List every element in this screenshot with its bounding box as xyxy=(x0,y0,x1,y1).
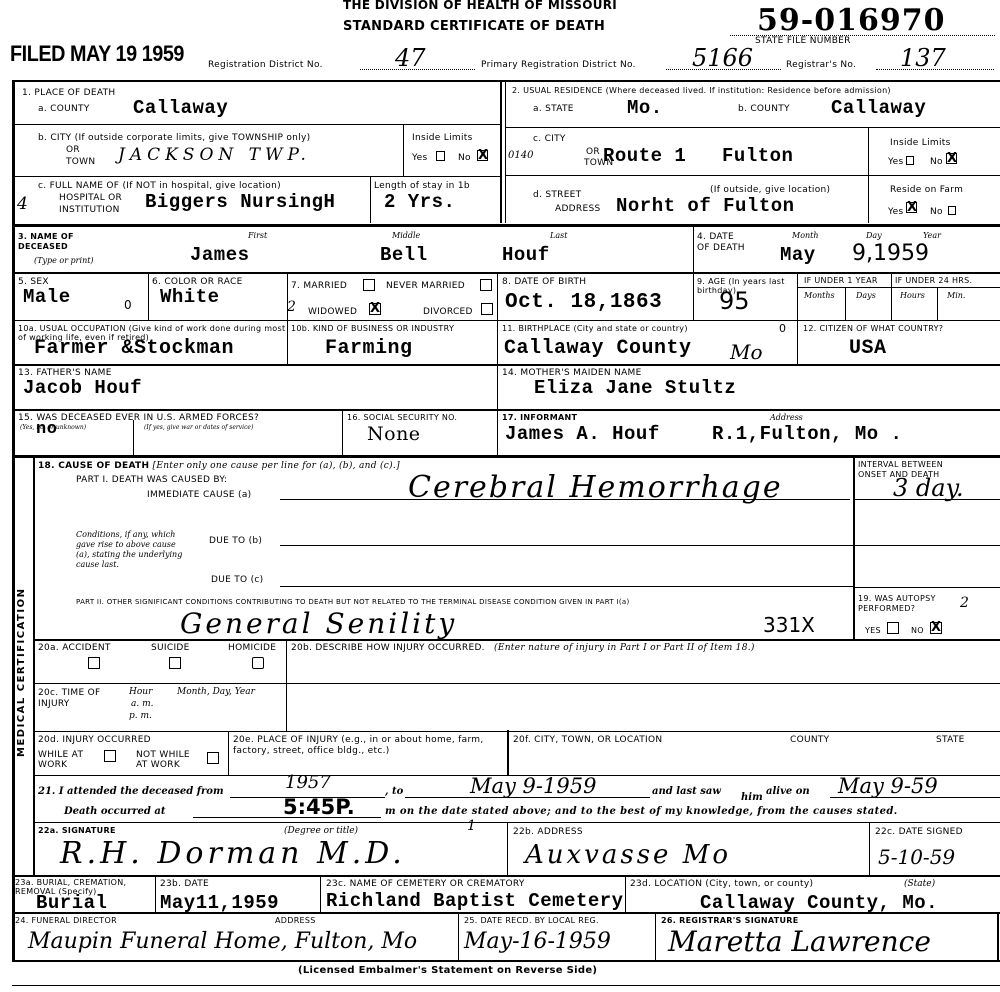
interval-value: 3 day. xyxy=(893,474,964,502)
attended-from-value: 1957 xyxy=(285,772,331,793)
burial-value: Burial xyxy=(36,892,107,914)
location-label: 23d. LOCATION (City, town, or county) xyxy=(630,879,813,889)
primary-district-value: 5166 xyxy=(692,44,753,72)
while-work-checkbox[interactable] xyxy=(104,750,116,762)
rule xyxy=(655,912,656,960)
rule xyxy=(507,730,509,775)
months-label: Months xyxy=(804,291,835,300)
res-state-value: Mo. xyxy=(627,97,663,119)
widowed-label: WIDOWED xyxy=(308,307,357,317)
birthplace-state: Mo xyxy=(730,340,763,364)
autopsy-no-checkbox[interactable] xyxy=(930,622,942,634)
rule xyxy=(997,912,999,960)
registrar-no-value: 137 xyxy=(900,44,946,72)
injury-occurred-label: 20d. INJURY OCCURRED xyxy=(38,735,151,745)
rule xyxy=(403,124,404,176)
hospital-label-3: INSTITUTION xyxy=(59,205,120,215)
citizen-value: USA xyxy=(849,337,887,360)
rule xyxy=(497,272,498,320)
primary-district-label: Primary Registration District No. xyxy=(481,60,636,70)
rule xyxy=(625,875,626,912)
frame-left xyxy=(12,80,15,960)
citizen-label: 12. CITIZEN OF WHAT COUNTRY? xyxy=(803,324,943,334)
rule xyxy=(287,320,288,364)
date-signed-label: 22c. DATE SIGNED xyxy=(875,827,963,837)
cemetery-label: 23c. NAME OF CEMETERY OR CREMATORY xyxy=(326,879,525,889)
place-margin-code: 4 xyxy=(17,194,28,214)
injury-county-label: COUNTY xyxy=(790,735,829,745)
place-injury-label: 20e. PLACE OF INJURY (e.g., in or about … xyxy=(233,735,503,757)
state-file-number: 59-016970 xyxy=(757,3,945,38)
never-married-label: NEVER MARRIED xyxy=(386,281,465,291)
industry-value: Farming xyxy=(325,337,413,360)
rule xyxy=(286,639,287,731)
injury-desc-label: 20b. DESCRIBE HOW INJURY OCCURRED. xyxy=(291,643,485,653)
registrar-no-label: Registrar's No. xyxy=(786,60,856,70)
farm-no: No xyxy=(930,207,943,217)
date-received-value: May-16-1959 xyxy=(464,929,611,954)
rule xyxy=(12,912,1000,914)
dob-label: 8. DATE OF BIRTH xyxy=(502,277,586,287)
attended-label: 21. I attended the deceased from xyxy=(38,786,224,797)
last-name: Houf xyxy=(502,244,550,266)
him-label: him xyxy=(741,792,763,803)
res-city-or: OR xyxy=(586,147,600,157)
cemetery-value: Richland Baptist Cemetery xyxy=(326,890,624,912)
res-inside-limits-label: Inside Limits xyxy=(890,138,951,148)
location-state-label: (State) xyxy=(904,879,935,889)
rule xyxy=(12,875,1000,877)
autopsy-label: 19. WAS AUTOPSY PERFORMED? xyxy=(858,594,948,614)
divorced-label: DIVORCED xyxy=(423,307,473,317)
never-married-checkbox[interactable] xyxy=(480,279,492,291)
occurred-at-label: Death occurred at xyxy=(64,806,165,817)
res-margin-code: 0140 xyxy=(508,150,533,161)
cause-hint: [Enter only one cause per line for (a), … xyxy=(153,461,400,471)
due-to-c-line xyxy=(280,586,853,587)
dod-label: 4. DATE OF DEATH xyxy=(697,232,747,254)
medical-side-rule xyxy=(33,455,35,875)
rule xyxy=(228,731,229,775)
injury-describe-label: 20b. DESCRIBE HOW INJURY OCCURRED. (Ente… xyxy=(291,643,755,653)
rule xyxy=(155,875,156,912)
inside-limits-no-checkbox[interactable] xyxy=(477,150,488,161)
immediate-cause-value: Cerebral Hemorrhage xyxy=(408,470,783,505)
res-state-label: a. STATE xyxy=(533,104,574,114)
city-label: b. CITY (If outside corporate limits, gi… xyxy=(38,133,310,143)
divorced-checkbox[interactable] xyxy=(481,303,493,315)
armed-hint-2: (If yes, give war or dates of service) xyxy=(144,424,253,431)
rule xyxy=(937,287,938,320)
place-city-value: JACKSON TWP. xyxy=(118,145,311,165)
rule xyxy=(869,822,870,875)
rule xyxy=(12,320,1000,321)
married-label: 7. MARRIED xyxy=(291,281,347,291)
while-work-label: WHILE AT WORK xyxy=(38,750,98,770)
rule xyxy=(33,731,1000,732)
res-county-value: Callaway xyxy=(831,97,926,119)
state-file-number-label: STATE FILE NUMBER xyxy=(755,36,851,46)
to-label: , to xyxy=(385,786,403,797)
last-saw-value: May 9-59 xyxy=(838,774,938,798)
rule xyxy=(12,124,500,125)
rule xyxy=(505,175,1000,176)
rule xyxy=(12,409,1000,411)
marital-code: 2 xyxy=(287,299,296,315)
res-inside-no-checkbox[interactable] xyxy=(946,153,957,164)
hours-label: Hours xyxy=(900,291,925,300)
rule xyxy=(797,320,798,364)
res-inside-yes: Yes xyxy=(888,157,903,167)
rule xyxy=(497,364,498,409)
informant-value: James A. Houf xyxy=(505,423,660,445)
homicide-checkbox[interactable] xyxy=(252,657,264,669)
res-street-value: Norht of Fulton xyxy=(616,195,795,217)
injury-desc-hint: (Enter nature of injury in Part I or Par… xyxy=(494,643,755,653)
registration-district-value: 47 xyxy=(395,44,426,72)
rule xyxy=(320,875,321,912)
rule xyxy=(133,420,134,455)
conditions-hint: Conditions, if any, which gave rise to a… xyxy=(76,530,186,570)
frame-top xyxy=(12,80,1000,82)
hospital-value: Biggers NursingH xyxy=(145,191,335,213)
part2-label: PART II. OTHER SIGNIFICANT CONDITIONS CO… xyxy=(76,597,629,607)
rule xyxy=(12,176,500,177)
last-saw-label: and last saw xyxy=(652,786,721,797)
city-or-label: OR xyxy=(66,145,80,155)
funeral-address-label: ADDRESS xyxy=(275,916,316,926)
birthplace-value: Callaway County xyxy=(504,337,692,360)
not-while-work-label: NOT WHILE AT WORK xyxy=(136,750,196,770)
middle-label: Middle xyxy=(392,231,420,240)
dod-month: May xyxy=(780,244,816,266)
age-value: 95 xyxy=(719,287,750,315)
city-town-label: TOWN xyxy=(66,157,95,167)
location-value: Callaway County, Mo. xyxy=(700,892,938,914)
armed-value: no xyxy=(36,420,57,439)
rule xyxy=(853,455,855,640)
suicide-label: SUICIDE xyxy=(151,643,190,653)
under-1-year-label: IF UNDER 1 YEAR xyxy=(804,276,878,286)
place-of-death-label: 1. PLACE OF DEATH xyxy=(22,88,116,98)
rule xyxy=(797,272,798,320)
rule xyxy=(845,287,846,320)
not-while-work-checkbox[interactable] xyxy=(207,752,219,764)
stay-label: Length of stay in 1b xyxy=(374,181,470,191)
date-signed-value: 5-10-59 xyxy=(878,845,955,869)
statement-text: m on the date stated above; and to the b… xyxy=(385,806,898,817)
date-received-label: 25. DATE RECD. BY LOCAL REG. xyxy=(464,916,599,926)
funeral-director-label: 24. FUNERAL DIRECTOR xyxy=(15,916,117,926)
injury-state-label: STATE xyxy=(936,735,965,745)
due-to-b-line xyxy=(280,545,853,546)
farm-label: Reside on Farm xyxy=(890,185,963,195)
divider-1-2b xyxy=(505,80,506,223)
divider-1-2 xyxy=(500,80,502,223)
rule xyxy=(12,272,1000,274)
res-city-label: c. CITY xyxy=(533,134,566,144)
inside-limits-yes-checkbox[interactable] xyxy=(436,151,445,161)
rule xyxy=(12,455,1000,458)
autopsy-code: 2 xyxy=(960,595,969,611)
mother-value: Eliza Jane Stultz xyxy=(534,377,736,399)
name-hint: (Type or print) xyxy=(34,256,94,265)
dod-day-label: Day xyxy=(866,231,882,240)
farm-yes-checkbox[interactable] xyxy=(906,202,917,213)
ssn-label: 16. SOCIAL SECURITY NO. xyxy=(347,413,457,423)
under-24-label: IF UNDER 24 HRS. xyxy=(895,276,972,286)
res-county-label: b. COUNTY xyxy=(738,104,790,114)
rule xyxy=(505,127,1000,128)
county-label: a. COUNTY xyxy=(38,104,90,114)
physician-address: Auxvasse Mo xyxy=(525,840,731,870)
registration-district-label: Registration District No. xyxy=(208,60,323,70)
last-label: Last xyxy=(550,231,567,240)
attended-to-value: May 9-1959 xyxy=(470,774,596,798)
autopsy-yes-label: YES xyxy=(865,626,881,636)
stay-value: 2 Yrs. xyxy=(384,191,455,213)
registrar-signature-value: Maretta Lawrence xyxy=(668,925,931,958)
burial-date-value: May11,1959 xyxy=(160,892,279,914)
rule xyxy=(12,364,1000,366)
signature-label: 22a. SIGNATURE xyxy=(38,826,116,836)
sex-value: Male xyxy=(23,286,71,308)
homicide-label: HOMICIDE xyxy=(228,643,276,653)
rule xyxy=(33,639,1000,641)
res-street-label: d. STREET xyxy=(533,190,581,200)
funeral-director-value: Maupin Funeral Home, Fulton, Mo xyxy=(28,929,417,954)
due-to-c-label: DUE TO (c) xyxy=(211,575,263,585)
suicide-checkbox[interactable] xyxy=(169,657,181,669)
res-inside-yes-checkbox[interactable] xyxy=(906,156,914,165)
due-to-b-label: DUE TO (b) xyxy=(209,536,262,546)
widowed-checkbox[interactable] xyxy=(369,303,381,315)
res-inside-no: No xyxy=(930,157,943,167)
industry-label: 10b. KIND OF BUSINESS OR INDUSTRY xyxy=(291,324,454,334)
sex-code: 0 xyxy=(124,300,132,310)
rule xyxy=(693,272,694,320)
immediate-cause-label: IMMEDIATE CAUSE (a) xyxy=(147,490,252,500)
certificate-title: STANDARD CERTIFICATE OF DEATH xyxy=(343,22,605,32)
alive-label: alive on xyxy=(766,786,810,797)
rule xyxy=(853,545,1000,546)
dod-day-year: 9,1959 xyxy=(852,241,929,266)
birthplace-label: 11. BIRTHPLACE (City and state or countr… xyxy=(502,324,688,334)
autopsy-yes-checkbox[interactable] xyxy=(887,622,899,634)
death-time-value: 5:45P. xyxy=(283,795,355,819)
rule xyxy=(693,224,694,272)
rule xyxy=(148,272,149,320)
pm-label: p. m. xyxy=(129,711,152,721)
address-label: 22b. ADDRESS xyxy=(513,827,583,837)
ssn-value: None xyxy=(367,423,421,445)
informant-label: 17. INFORMANT xyxy=(502,413,577,423)
signature-code: 1 xyxy=(467,818,476,834)
filed-stamp: FILED MAY 19 1959 xyxy=(10,41,184,67)
rule xyxy=(12,224,1000,227)
medical-certification-label: MEDICAL CERTIFICATION xyxy=(17,617,27,757)
father-value: Jacob Houf xyxy=(23,377,142,399)
birthplace-code: 0 xyxy=(779,324,786,334)
occupation-value: Farmer &Stockman xyxy=(34,337,234,360)
degree-label: (Degree or title) xyxy=(284,826,358,836)
part1-label: PART I. DEATH WAS CAUSED BY: xyxy=(76,475,227,485)
physician-signature: R.H. Dorman M.D. xyxy=(60,836,406,871)
rule xyxy=(33,683,1000,684)
rule xyxy=(33,822,1000,823)
mdy-label: Month, Day, Year xyxy=(177,687,255,697)
res-city-value: Route 1 Fulton xyxy=(603,145,793,167)
rule xyxy=(797,287,1000,288)
farm-yes: Yes xyxy=(888,207,903,217)
rule xyxy=(507,822,508,875)
cause-of-death-label: 18. CAUSE OF DEATH [Enter only one cause… xyxy=(38,461,400,471)
hospital-label-2: HOSPITAL OR xyxy=(59,193,122,203)
first-label: First xyxy=(248,231,267,240)
inside-yes-label: Yes xyxy=(412,153,427,163)
am-label: a. m. xyxy=(131,699,153,709)
rule xyxy=(891,272,892,320)
agency-title: THE DIVISION OF HEALTH OF MISSOURI xyxy=(343,0,617,10)
inside-limits-label: Inside Limits xyxy=(412,133,473,143)
hour-label: Hour xyxy=(129,687,152,697)
accident-checkbox[interactable] xyxy=(88,657,100,669)
married-checkbox[interactable] xyxy=(363,279,375,291)
footer-note: (Licensed Embalmer's Statement on Revers… xyxy=(298,966,597,976)
hospital-label: c. FULL NAME OF (If NOT in hospital, giv… xyxy=(38,181,281,191)
rule xyxy=(458,912,459,960)
rule xyxy=(497,409,498,455)
rule xyxy=(342,409,343,455)
days-label: Days xyxy=(856,291,876,300)
res-street-hint: (If outside, give location) xyxy=(710,185,830,195)
usual-residence-label: 2. USUAL RESIDENCE (Where deceased lived… xyxy=(512,86,982,96)
city-location-label: 20f. CITY, TOWN, OR LOCATION xyxy=(513,735,662,745)
accident-label: 20a. ACCIDENT xyxy=(38,643,111,653)
first-name: James xyxy=(190,244,250,266)
race-value: White xyxy=(160,286,220,308)
name-label: 3. NAME OF DECEASED xyxy=(18,232,98,252)
dod-year-label: Year xyxy=(923,231,941,240)
time-injury-label: 20c. TIME OF INJURY xyxy=(38,688,118,710)
dob-value: Oct. 18,1863 xyxy=(505,291,662,314)
rule xyxy=(12,960,1000,962)
place-county-value: Callaway xyxy=(133,97,228,119)
burial-date-label: 23b. DATE xyxy=(160,879,209,889)
informant-address: R.1,Fulton, Mo . xyxy=(712,423,902,445)
dod-month-label: Month xyxy=(792,231,819,240)
res-street-label-2: ADDRESS xyxy=(555,204,600,214)
rule xyxy=(853,587,1000,588)
autopsy-no-label: NO xyxy=(911,626,924,636)
rule xyxy=(12,985,1000,986)
part2-value: General Senility xyxy=(180,607,457,640)
informant-address-label: Address xyxy=(770,413,803,422)
part2-code: 331X xyxy=(763,613,815,637)
min-label: Min. xyxy=(947,291,965,300)
farm-no-checkbox[interactable] xyxy=(948,206,956,215)
middle-name: Bell xyxy=(380,244,428,266)
inside-no-label: No xyxy=(458,153,471,163)
cause-label: 18. CAUSE OF DEATH xyxy=(38,461,149,471)
rule xyxy=(370,176,371,223)
rule xyxy=(497,320,498,364)
